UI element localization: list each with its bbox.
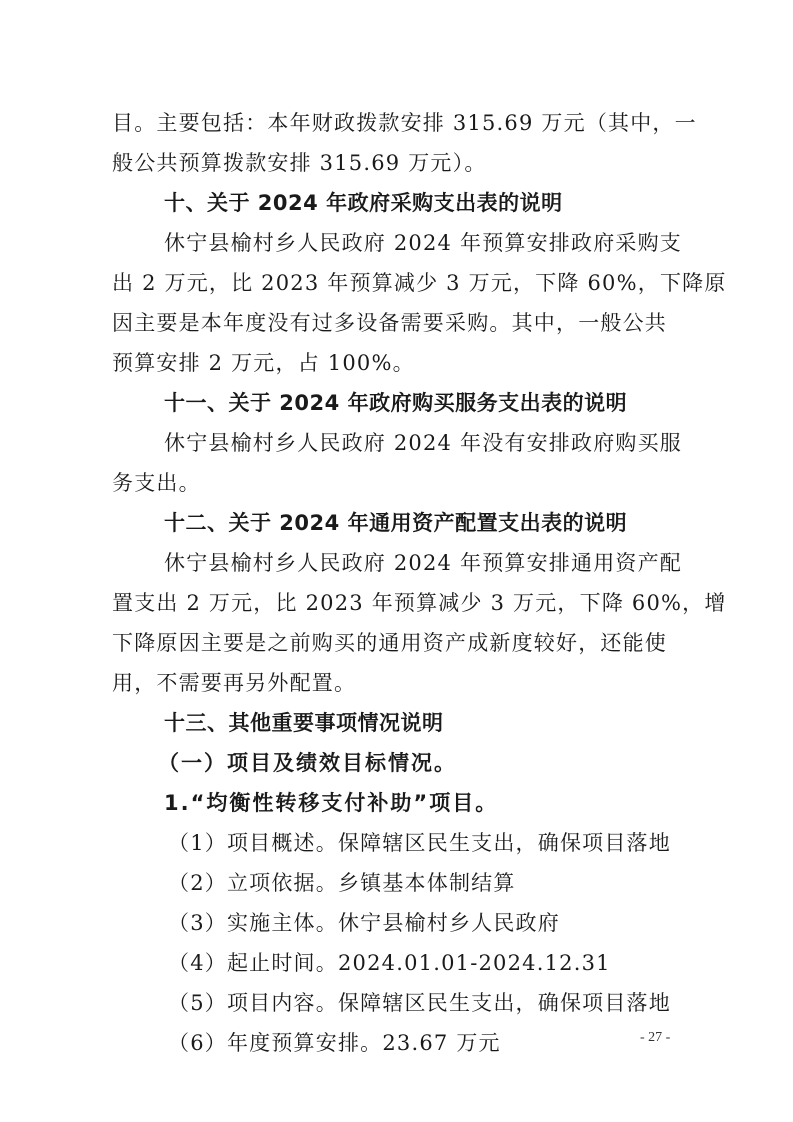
body-text-line: 般公共预算拨款安排 315.69 万元）。 — [112, 143, 682, 183]
body-text-line: 目。主要包括：本年财政拨款安排 315.69 万元（其中，一 — [112, 103, 682, 143]
body-text-line: 用，不需要再另外配置。 — [112, 663, 682, 703]
section-heading-10: 十、关于 2024 年政府采购支出表的说明 — [164, 183, 734, 223]
section-heading-13: 十三、其他重要事项情况说明 — [164, 703, 734, 743]
project-item-period: （4）起止时间。2024.01.01-2024.12.31 — [168, 943, 738, 983]
body-text-line: 预算安排 2 万元，占 100%。 — [112, 343, 682, 383]
body-text-line: 休宁县榆村乡人民政府 2024 年预算安排通用资产配 — [164, 543, 734, 583]
project-item-overview: （1）项目概述。保障辖区民生支出，确保项目落地 — [168, 823, 738, 863]
body-text-line: 出 2 万元，比 2023 年预算减少 3 万元，下降 60%，下降原 — [112, 263, 682, 303]
project-item-content: （5）项目内容。保障辖区民生支出，确保项目落地 — [168, 983, 738, 1023]
body-text-line: 休宁县榆村乡人民政府 2024 年预算安排政府采购支 — [164, 223, 734, 263]
project-title: 1.“均衡性转移支付补助”项目。 — [164, 783, 734, 823]
section-heading-11: 十一、关于 2024 年政府购买服务支出表的说明 — [164, 383, 734, 423]
body-text-line: 务支出。 — [112, 463, 682, 503]
subsection-heading: （一）项目及绩效目标情况。 — [158, 743, 728, 783]
project-item-implementer: （3）实施主体。休宁县榆村乡人民政府 — [168, 903, 738, 943]
document-page: 目。主要包括：本年财政拨款安排 315.69 万元（其中，一 般公共预算拨款安排… — [0, 0, 793, 1122]
body-text-line: 置支出 2 万元，比 2023 年预算减少 3 万元，下降 60%，增 — [112, 583, 682, 623]
section-heading-12: 十二、关于 2024 年通用资产配置支出表的说明 — [164, 503, 734, 543]
project-item-budget: （6）年度预算安排。23.67 万元 — [168, 1023, 568, 1063]
body-text-line: 下降原因主要是之前购买的通用资产成新度较好，还能使 — [112, 623, 682, 663]
body-text-line: 因主要是本年度没有过多设备需要采购。其中，一般公共 — [112, 303, 682, 343]
project-item-basis: （2）立项依据。乡镇基本体制结算 — [168, 863, 738, 903]
page-number: - 27 - — [640, 1030, 670, 1046]
body-text-line: 休宁县榆村乡人民政府 2024 年没有安排政府购买服 — [164, 423, 734, 463]
